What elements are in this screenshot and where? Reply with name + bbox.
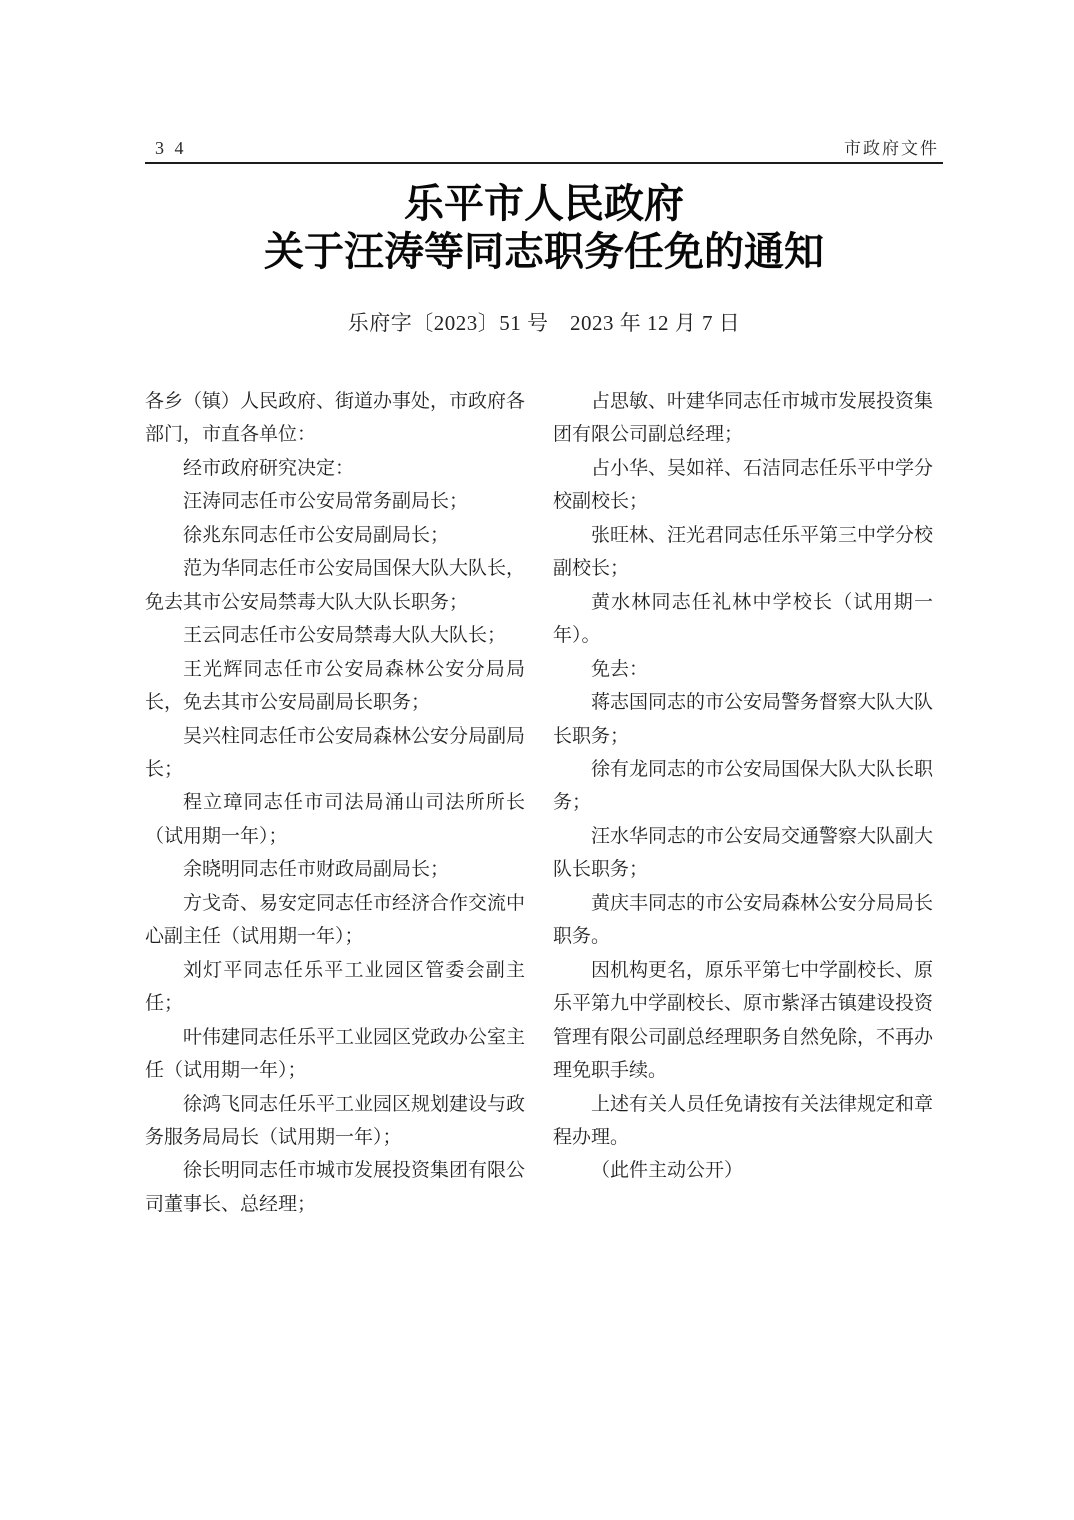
paragraph: 张旺林、汪光君同志任乐平第三中学分校副校长； — [553, 519, 933, 586]
paragraph: 程立璋同志任市司法局涌山司法所所长（试用期一年）； — [145, 786, 525, 853]
paragraph: 吴兴柱同志任市公安局森林公安分局副局长； — [145, 720, 525, 787]
paragraph: 蒋志国同志的市公安局警务督察大队大队长职务； — [553, 686, 933, 753]
paragraph: 王云同志任市公安局禁毒大队大队长； — [145, 619, 525, 652]
paragraph: （此件主动公开） — [553, 1154, 933, 1187]
document-page: 3 4 市政府文件 乐平市人民政府 关于汪涛等同志职务任免的通知 乐府字〔202… — [0, 0, 1074, 1520]
paragraph: 徐长明同志任市城市发展投资集团有限公司董事长、总经理； — [145, 1154, 525, 1221]
paragraph: 占思敏、叶建华同志任市城市发展投资集团有限公司副总经理； — [553, 385, 933, 452]
doc-title-line1: 乐平市人民政府 — [145, 180, 943, 228]
paragraph: 各乡（镇）人民政府、街道办事处，市政府各部门，市直各单位： — [145, 385, 525, 452]
title-block: 乐平市人民政府 关于汪涛等同志职务任免的通知 乐府字〔2023〕51 号 202… — [145, 180, 943, 337]
paragraph: 因机构更名，原乐平第七中学副校长、原乐平第九中学副校长、原市紫泽古镇建设投资管理… — [553, 954, 933, 1088]
paragraph: 方戈奇、易安定同志任市经济合作交流中心副主任（试用期一年）； — [145, 887, 525, 954]
paragraph: 经市政府研究决定： — [145, 452, 525, 485]
paragraph: 刘灯平同志任乐平工业园区管委会副主任； — [145, 954, 525, 1021]
paragraph: 叶伟建同志任乐平工业园区党政办公室主任（试用期一年）； — [145, 1021, 525, 1088]
paragraph: 上述有关人员任免请按有关法律规定和章程办理。 — [553, 1088, 933, 1155]
header-rule — [145, 162, 943, 164]
page-number: 3 4 — [145, 138, 187, 159]
paragraph: 占小华、吴如祥、石洁同志任乐平中学分校副校长； — [553, 452, 933, 519]
paragraph: 徐鸿飞同志任乐平工业园区规划建设与政务服务局局长（试用期一年）； — [145, 1088, 525, 1155]
right-column: 占思敏、叶建华同志任市城市发展投资集团有限公司副总经理；占小华、吴如祥、石洁同志… — [553, 385, 933, 1221]
header-doc-label: 市政府文件 — [844, 134, 943, 159]
paragraph: 徐有龙同志的市公安局国保大队大队长职务； — [553, 753, 933, 820]
paragraph: 范为华同志任市公安局国保大队大队长，免去其市公安局禁毒大队大队长职务； — [145, 552, 525, 619]
paragraph: 余晓明同志任市财政局副局长； — [145, 853, 525, 886]
doc-number-and-date: 乐府字〔2023〕51 号 2023 年 12 月 7 日 — [145, 309, 943, 337]
paragraph: 黄庆丰同志的市公安局森林公安分局局长职务。 — [553, 887, 933, 954]
body-columns: 各乡（镇）人民政府、街道办事处，市政府各部门，市直各单位：经市政府研究决定：汪涛… — [145, 385, 933, 1221]
doc-title-line2: 关于汪涛等同志职务任免的通知 — [145, 228, 943, 276]
paragraph: 免去： — [553, 653, 933, 686]
paragraph: 汪涛同志任市公安局常务副局长； — [145, 485, 525, 518]
paragraph: 汪水华同志的市公安局交通警察大队副大队长职务； — [553, 820, 933, 887]
paragraph: 王光辉同志任市公安局森林公安分局局长，免去其市公安局副局长职务； — [145, 653, 525, 720]
paragraph: 黄水林同志任礼林中学校长（试用期一年）。 — [553, 586, 933, 653]
page-header: 3 4 市政府文件 — [145, 134, 943, 159]
paragraph: 徐兆东同志任市公安局副局长； — [145, 519, 525, 552]
left-column: 各乡（镇）人民政府、街道办事处，市政府各部门，市直各单位：经市政府研究决定：汪涛… — [145, 385, 525, 1221]
